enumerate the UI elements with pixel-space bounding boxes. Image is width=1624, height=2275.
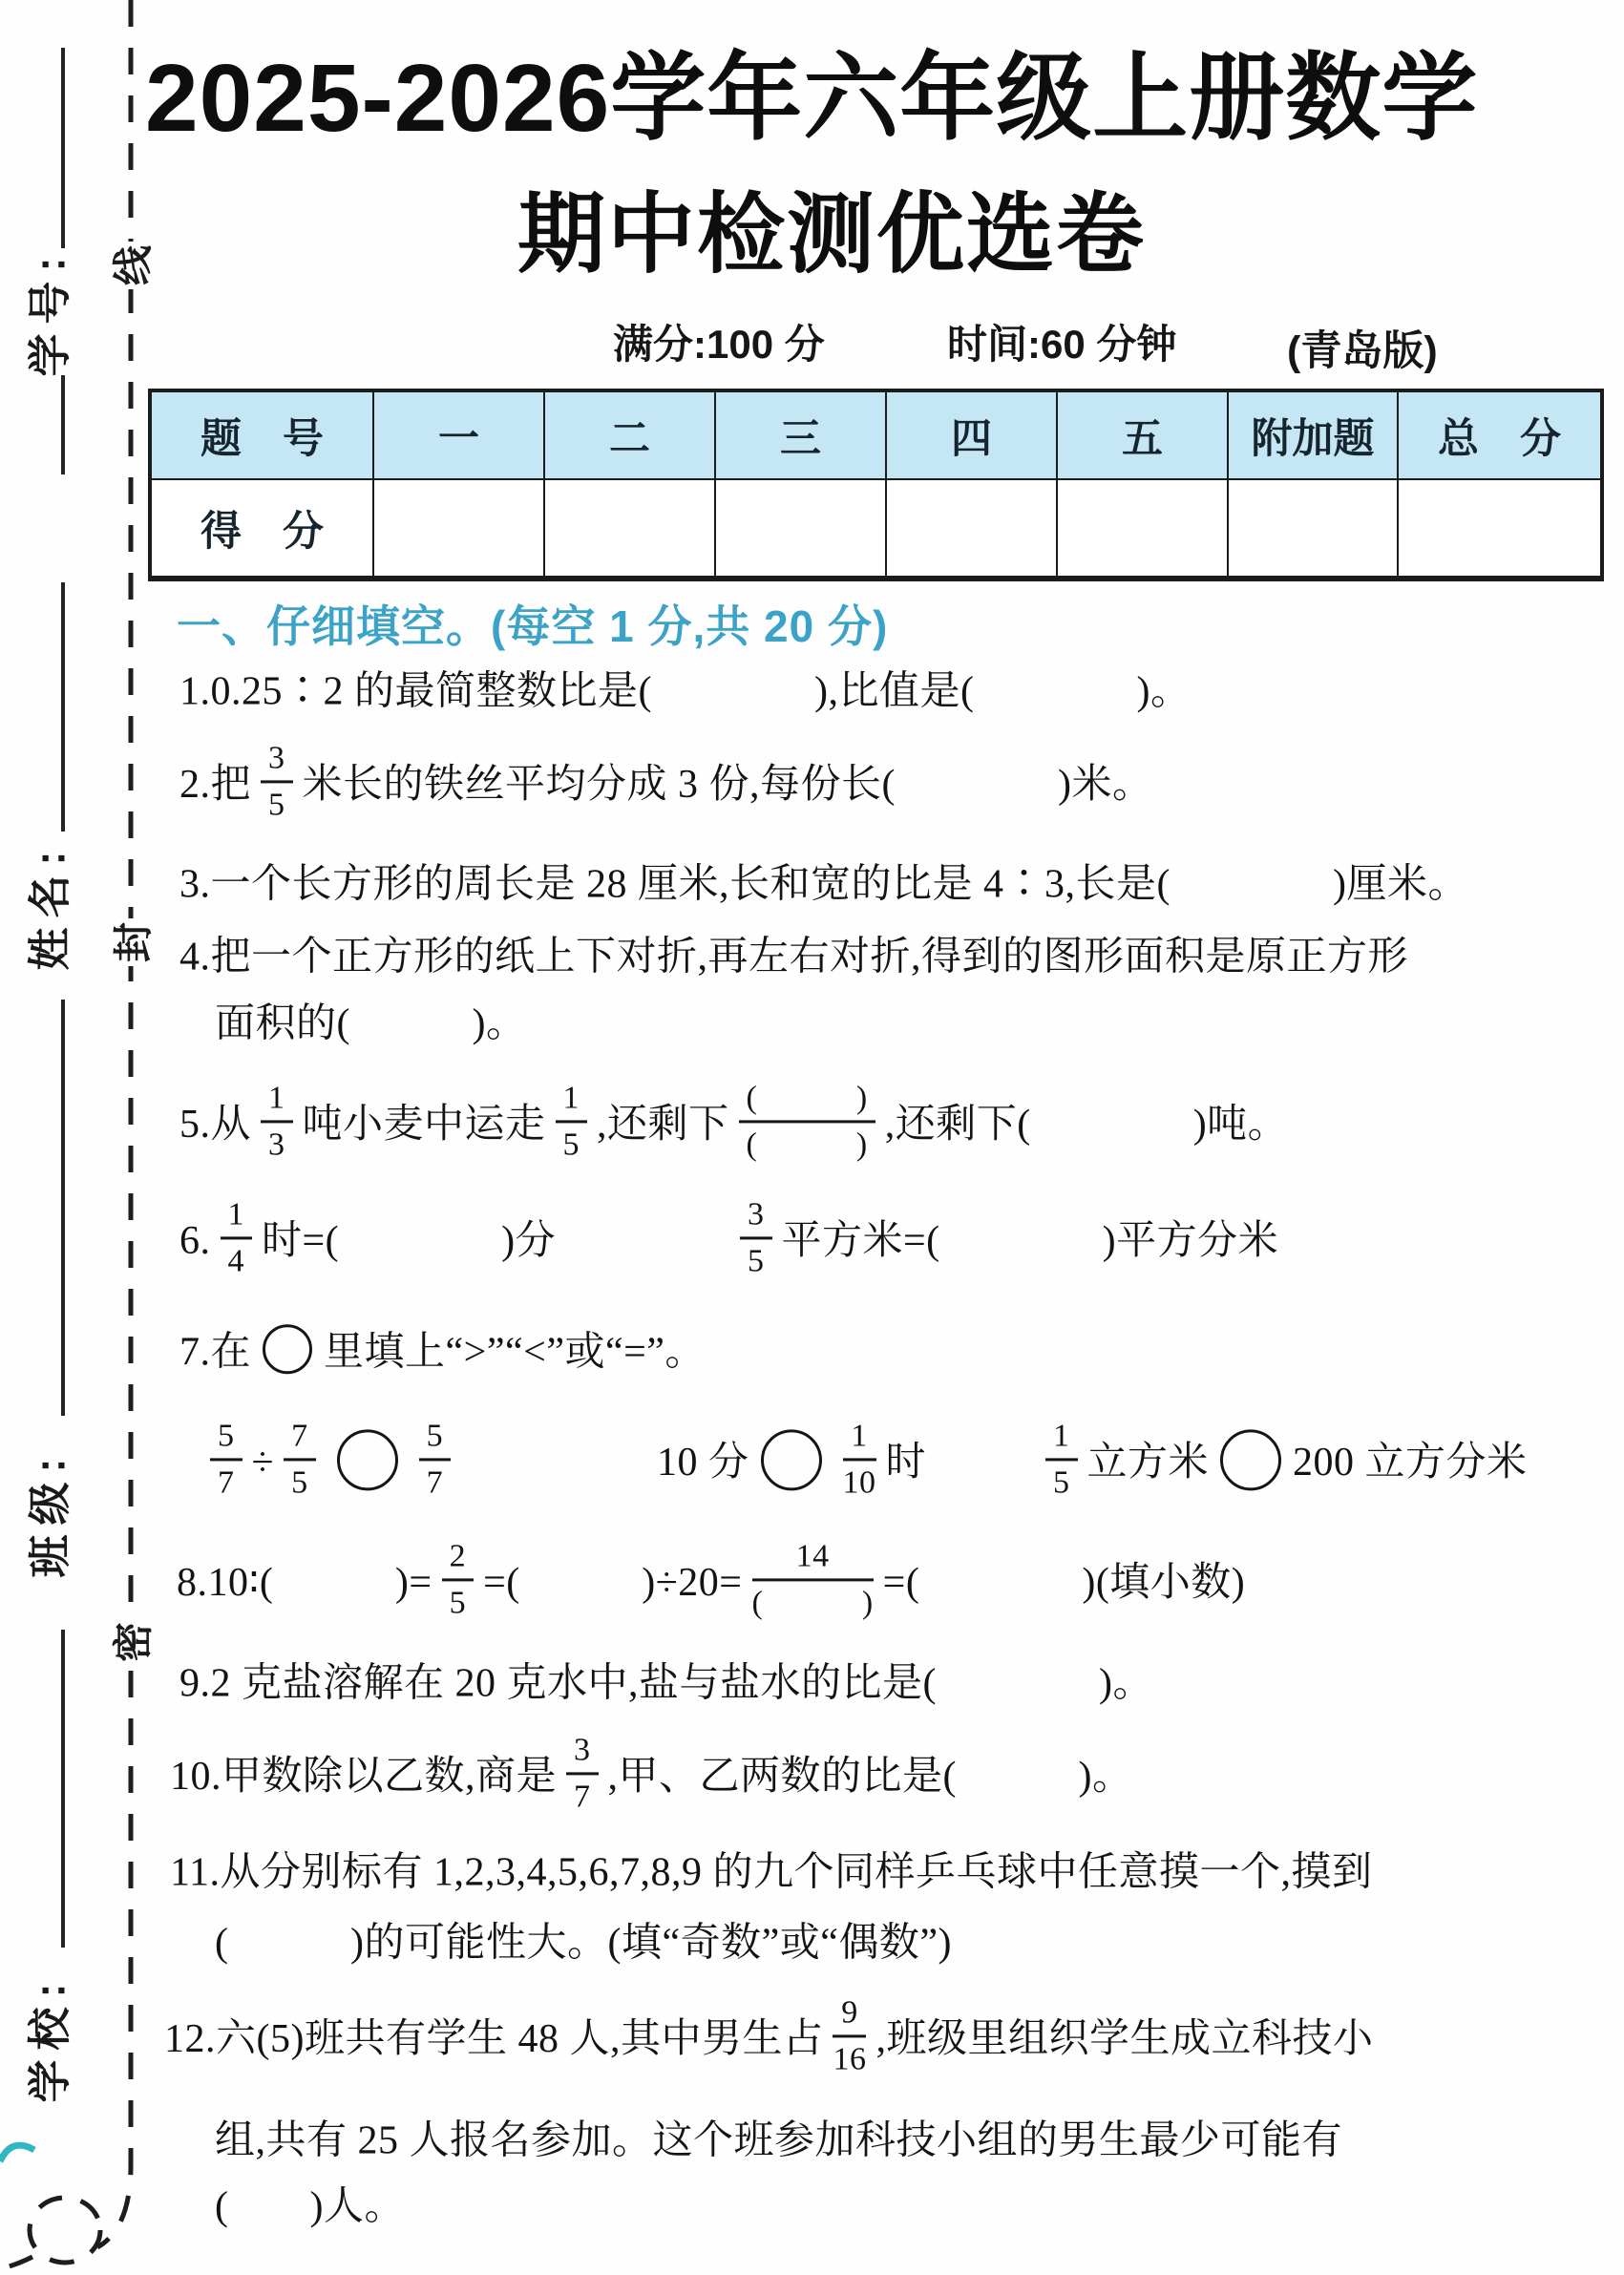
seal-char-xian: 线 bbox=[93, 242, 169, 289]
seal-char-mi: 密 bbox=[93, 1618, 169, 1666]
seal-char-feng: 封 bbox=[93, 918, 169, 966]
stamp-mark bbox=[0, 2145, 34, 2161]
exam-paper-page: 学号: 姓名: 班级: 学校: 线 封 密 2025-2026学年六年级上册数学… bbox=[0, 0, 1624, 2275]
seal-dashed-line bbox=[0, 0, 1624, 2275]
